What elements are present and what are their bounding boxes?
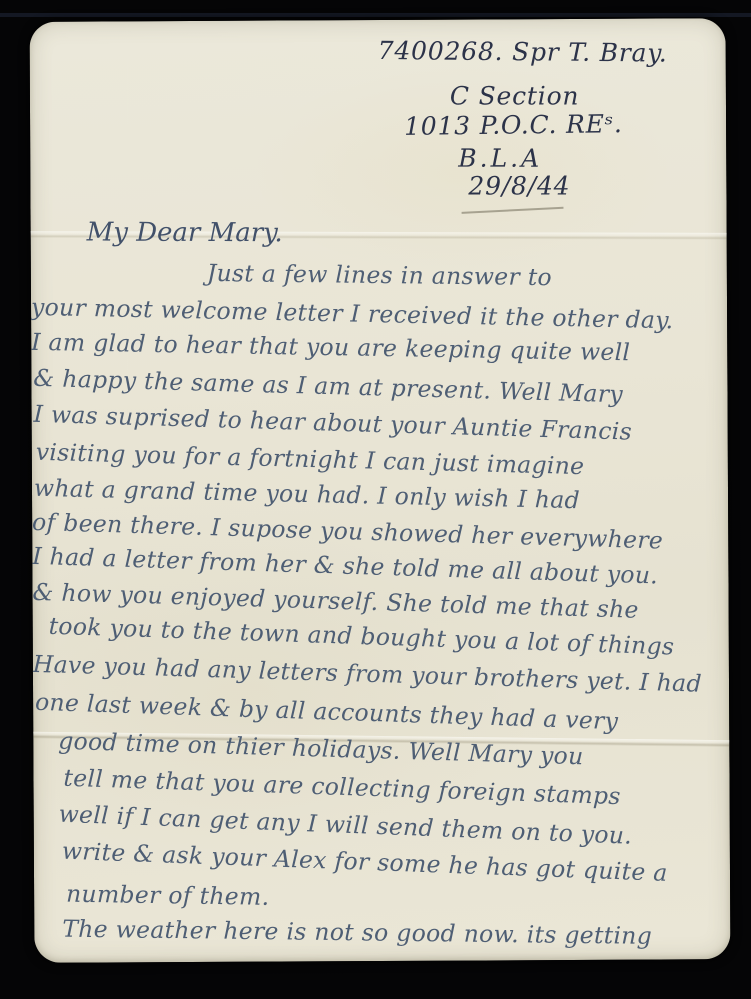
scanned-letter-background: 7400268. Spr T. Bray. C Section 1013 P.O… bbox=[0, 0, 751, 999]
letter-line: number of them. bbox=[66, 880, 270, 911]
letter-line: Just a few lines in answer to bbox=[207, 259, 552, 291]
header-service-number-name: 7400268. Spr T. Bray. bbox=[378, 36, 668, 68]
header-date: 29/8/44 bbox=[468, 172, 570, 201]
letter-line: I was suprised to hear about your Auntie… bbox=[33, 400, 632, 446]
scanner-edge-shadow bbox=[0, 13, 751, 17]
letter-page: 7400268. Spr T. Bray. C Section 1013 P.O… bbox=[30, 18, 731, 963]
header-section: C Section bbox=[450, 82, 579, 111]
letter-line: I am glad to hear that you are keeping q… bbox=[31, 328, 631, 366]
header-unit: 1013 P.O.C. REˢ. bbox=[404, 109, 623, 141]
letter-line: The weather here is not so good now. its… bbox=[62, 915, 652, 950]
letter-line: what a grand time you had. I only wish I… bbox=[34, 474, 581, 514]
header-army: B.L.A bbox=[458, 144, 542, 173]
letter-line: your most welcome letter I received it t… bbox=[31, 293, 674, 334]
letter-line: good time on thier holidays. Well Mary y… bbox=[58, 727, 584, 771]
salutation: My Dear Mary. bbox=[87, 218, 283, 249]
letter-line: visiting you for a fortnight I can just … bbox=[35, 438, 584, 480]
date-underline bbox=[462, 207, 564, 214]
